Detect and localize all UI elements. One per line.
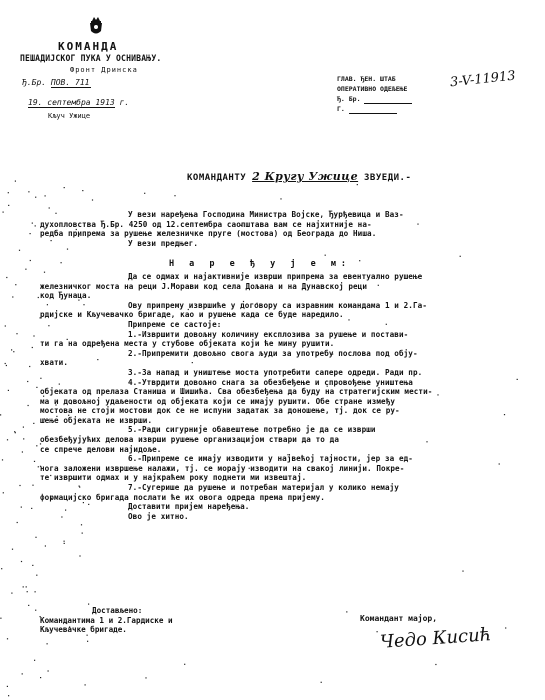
document-body: У вези наређења Господина Министра Војск…: [40, 210, 520, 521]
order-paragraph-line: Да се одмах и најактивније изврши припре…: [40, 272, 520, 282]
date-suffix: г.: [120, 98, 130, 107]
order-paragraph-line: 1.-Извршити довољну количину експлозива …: [40, 330, 520, 340]
addressee-prefix: КОМАНДАНТУ: [187, 173, 246, 183]
scanned-document-page: КОМАНДА ПЕШАДИЈСКОГ ПУКА У ОСНИВАЊУ. Фро…: [0, 0, 545, 700]
order-paragraph-line: хвати.: [40, 358, 520, 368]
header-place: Кључ Ужице: [48, 112, 90, 120]
intro-line: У вези наређења Господина Министра Војск…: [40, 210, 520, 220]
handwritten-date: 3-V-11913: [449, 69, 516, 91]
registry-stamp: ГЛАВ. ЂЕН. ШТАБ ОПЕРАТИВНО ОДЕЉЕЊЕ Ђ. Бр…: [337, 74, 412, 114]
intro-line: редба припрема за рушење железничке пруг…: [40, 229, 520, 239]
order-paragraph-line: рдијске и Кључевачко бригаде, као и руше…: [40, 310, 520, 320]
stamp-line-3: Ђ. Бр.: [337, 94, 412, 104]
order-paragraph-line: шење објеката не изврши.: [40, 416, 520, 426]
order-paragraph-line: нога заложени извршење налажи, тј. се мо…: [40, 464, 520, 474]
order-paragraph-line: формацијско бригада послати ће их овога …: [40, 493, 520, 503]
date-value: 19. септембра 1913: [28, 98, 115, 108]
order-paragraph-line: 7.-Сугерише да рушење и потребан материј…: [40, 483, 520, 493]
order-paragraph-line: 3.-За напад и уништење моста употребити …: [40, 368, 520, 378]
signer-title: Командант мајор,: [360, 614, 437, 623]
stamp-line-4: Г.: [337, 104, 412, 114]
header-subtitle: ПЕШАДИЈСКОГ ПУКА У ОСНИВАЊУ.: [20, 54, 161, 64]
addressee-line: КОМАНДАНТУ 2 Кругу Ужице ЗВУЕДИ.-: [187, 170, 411, 183]
order-paragraph-line: железничког моста на реци Ј.Морави код с…: [40, 282, 520, 292]
order-paragraph-line: обезбеђујућих делова изврши рушење орган…: [40, 435, 520, 445]
order-paragraph-line: код Ђунаца.: [40, 291, 520, 301]
royal-coat-of-arms-icon: [85, 14, 107, 36]
order-paragraph-line: 2.-Припремити довољно свога људи за упот…: [40, 349, 520, 359]
order-paragraph-line: ти га на одређена места у стубове објека…: [40, 339, 520, 349]
stamp-line-2: ОПЕРАТИВНО ОДЕЉЕЊЕ: [337, 84, 412, 94]
addressee-handwritten: 2 Кругу Ужице: [252, 170, 358, 183]
addressee-suffix: ЗВУЕДИ.-: [364, 173, 411, 183]
intro-line: духопловства Ђ.Бр. 4250 од 12.септембра …: [40, 220, 520, 230]
order-paragraph-line: објеката од прелаза Станиша и Шишића. Св…: [40, 387, 520, 397]
header-number: Ђ.Бр. ПОВ. 711: [22, 78, 91, 88]
intro-last-line: У вези предњег.: [40, 239, 520, 249]
number-value: ПОВ. 711: [51, 78, 91, 88]
order-paragraph-line: Ову припрему извршиће у договору са изра…: [40, 301, 520, 311]
order-paragraph-line: те извршити одмах и у најкраћем року под…: [40, 473, 520, 483]
order-paragraphs: Да се одмах и најактивније изврши припре…: [40, 272, 520, 521]
header-date: 19. септембра 1913 г.: [28, 98, 129, 108]
stamp-line-1: ГЛАВ. ЂЕН. ШТАБ: [337, 74, 412, 84]
handwritten-signature: Чедо Кисић: [379, 624, 492, 653]
order-paragraph-line: ма и довољној удаљености од објеката кој…: [40, 397, 520, 407]
distribution-label: Достављено:: [40, 606, 173, 616]
order-paragraph-line: 6.-Припреме се имају изводити у највећој…: [40, 454, 520, 464]
header-title: КОМАНДА: [58, 40, 118, 53]
order-paragraph-line: Ово је хитно.: [40, 512, 520, 522]
order-heading: Н а р е ђ у ј е м:: [40, 260, 520, 270]
number-label: Ђ.Бр.: [22, 78, 46, 87]
header-location: Фронт Дринска: [70, 66, 138, 74]
order-paragraph-line: 4.-Утврдити довољно снага за обезбеђење …: [40, 378, 520, 388]
order-paragraph-line: мостова не стоји мостови док се не испун…: [40, 406, 520, 416]
distribution-list: Достављено: Командантима 1 и 2.Гардиске …: [40, 606, 173, 635]
distribution-item: Кључевачке бригаде.: [40, 625, 173, 635]
distribution-item: Командантима 1 и 2.Гардиске и: [40, 616, 173, 626]
order-paragraph-line: Доставити пријем наређења.: [40, 502, 520, 512]
order-paragraph-line: Припреме се састоје:: [40, 320, 520, 330]
order-paragraph-line: се спрече делови најидоље.: [40, 445, 520, 455]
order-paragraph-line: 5.-Ради сигурније обавештење потребно је…: [40, 425, 520, 435]
